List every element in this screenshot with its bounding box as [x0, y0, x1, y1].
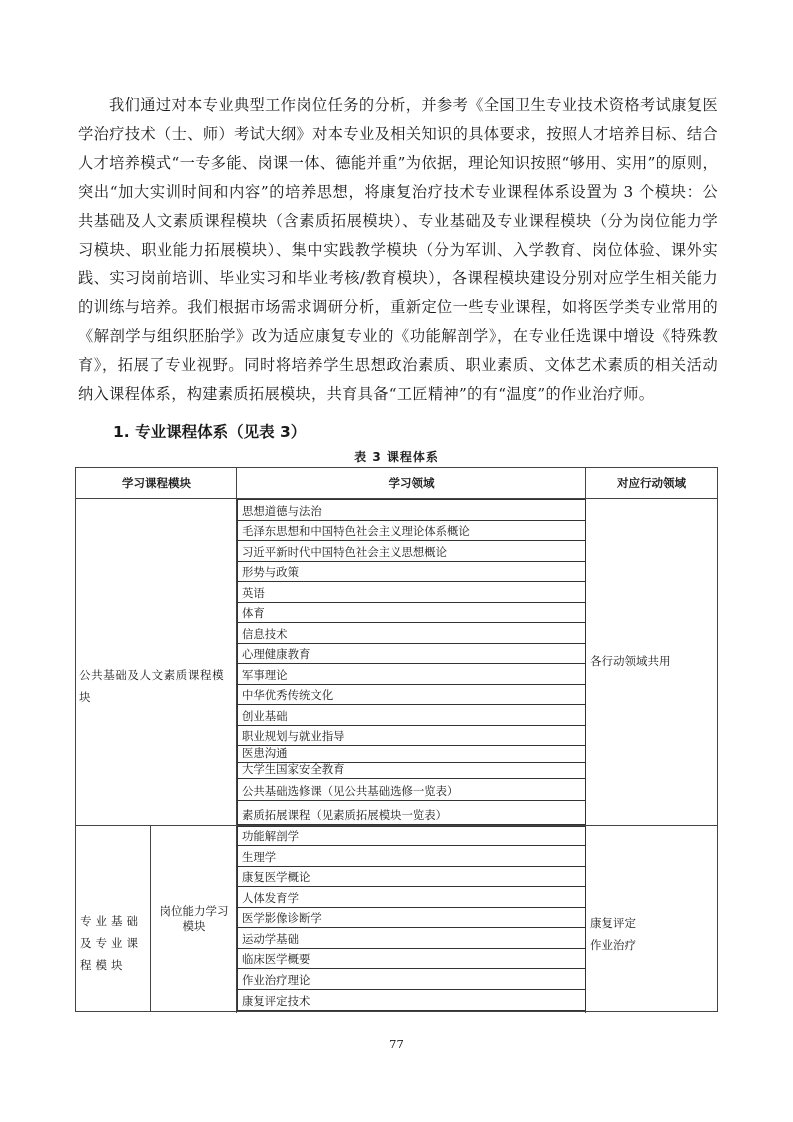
course-row: 信息技术 [237, 623, 586, 644]
course-name: 信息技术 [242, 626, 288, 642]
course-name: 康复医学概论 [242, 869, 310, 885]
table-caption: 表 3 课程体系 [0, 448, 793, 465]
action-field-line: 康复评定 [590, 912, 710, 934]
course-row: 功能解剖学 [237, 826, 586, 847]
course-row: 中华优秀传统文化 [237, 685, 586, 706]
course-row: 心理健康教育 [237, 644, 586, 665]
course-name: 创业基础 [242, 708, 288, 724]
section-heading: 1. 专业课程体系（见表 3） [113, 420, 306, 442]
course-row: 医学影像诊断学 [237, 908, 586, 929]
curriculum-table: 学习课程模块 学习领域 对应行动领域 公共基础及人文素质课程模块 各行动领域共用… [75, 467, 718, 1012]
action-field-line: 作业治疗 [590, 934, 710, 956]
course-row: 军事理论 [237, 664, 586, 685]
course-name: 思想道德与法治 [242, 503, 322, 519]
course-row: 思想道德与法治 [237, 499, 586, 521]
course-name: 康复评定技术 [242, 993, 310, 1009]
course-row: 人体发育学 [237, 887, 586, 908]
course-name: 英语 [242, 585, 265, 601]
course-name: 军事理论 [242, 667, 288, 683]
course-name: 职业规划与就业指导 [242, 728, 345, 744]
action-field-professional: 康复评定 作业治疗 [590, 912, 710, 956]
header-module: 学习课程模块 [76, 468, 237, 499]
module-public-basic: 公共基础及人文素质课程模块 [79, 664, 235, 708]
course-name: 心理健康教育 [242, 646, 310, 662]
page-number: 77 [0, 1037, 793, 1051]
course-name: 大学生国家安全教育 [242, 763, 345, 777]
course-row: 素质拓展课程（见素质拓展模块一览表） [237, 801, 586, 825]
course-name: 素质拓展课程（见素质拓展模块一览表） [242, 807, 447, 823]
course-name: 形势与政策 [242, 564, 299, 580]
course-row: 康复医学概论 [237, 867, 586, 888]
course-name: 中华优秀传统文化 [242, 687, 333, 703]
course-name: 习近平新时代中国特色社会主义思想概论 [242, 544, 447, 560]
course-name: 运动学基础 [242, 931, 299, 947]
course-row: 作业治疗理论 [237, 969, 586, 990]
sub-col-divider [150, 825, 151, 1011]
module-professional: 专业基础及专业课程模块 [80, 910, 144, 976]
course-name: 功能解剖学 [242, 828, 299, 844]
course-row: 毛泽东思想和中国特色社会主义理论体系概论 [237, 521, 586, 541]
course-name: 医学影像诊断学 [242, 910, 322, 926]
course-row: 英语 [237, 582, 586, 603]
course-name: 生理学 [242, 849, 276, 865]
course-row: 创业基础 [237, 705, 586, 726]
header-action-field: 对应行动领域 [586, 468, 717, 499]
course-name: 医患沟通 [242, 746, 288, 761]
course-row: 习近平新时代中国特色社会主义思想概论 [237, 541, 586, 562]
body-paragraph: 我们通过对本专业典型工作岗位任务的分析，并参考《全国卫生专业技术资格考试康复医学… [78, 91, 718, 409]
course-name: 体育 [242, 605, 265, 621]
course-name: 人体发育学 [242, 890, 299, 906]
course-name: 毛泽东思想和中国特色社会主义理论体系概论 [242, 523, 470, 539]
course-row: 康复评定技术 [237, 990, 586, 1012]
course-row: 运动学基础 [237, 928, 586, 949]
action-field-shared: 各行动领域共用 [590, 653, 715, 669]
course-row: 生理学 [237, 846, 586, 867]
course-row: 职业规划与就业指导 [237, 726, 586, 747]
course-row: 体育 [237, 603, 586, 624]
header-learning-field: 学习领域 [237, 468, 586, 499]
course-row: 公共基础选修课（见公共基础选修一览表） [237, 779, 586, 801]
course-name: 临床医学概要 [242, 951, 310, 967]
course-name: 作业治疗理论 [242, 972, 310, 988]
course-name: 公共基础选修课（见公共基础选修一览表） [242, 783, 458, 799]
course-row: 临床医学概要 [237, 949, 586, 970]
course-row: 形势与政策 [237, 562, 586, 582]
course-row: 大学生国家安全教育 [237, 763, 586, 779]
submodule-post-ability: 岗位能力学习模块 [154, 904, 234, 934]
course-row: 医患沟通 [237, 746, 586, 763]
